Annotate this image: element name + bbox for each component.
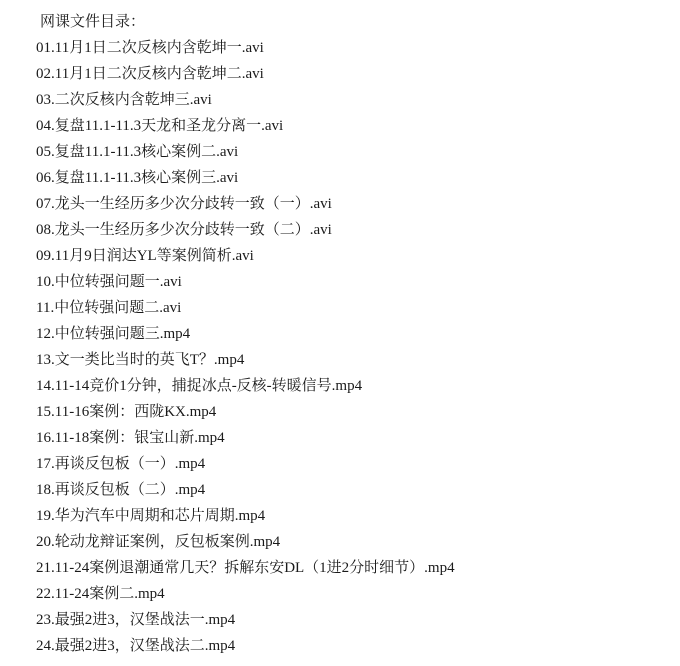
file-list-item: 24.最强2进3，汉堡战法二.mp4 xyxy=(36,633,680,659)
file-list-item: 22.11-24案例二.mp4 xyxy=(36,581,680,607)
file-list-item: 05.复盘11.1-11.3核心案例二.avi xyxy=(36,139,680,165)
file-list-item: 23.最强2进3，汉堡战法一.mp4 xyxy=(36,607,680,633)
file-list-item: 17.再谈反包板（一）.mp4 xyxy=(36,451,680,477)
file-list-item: 02.11月1日二次反核内含乾坤二.avi xyxy=(36,61,680,87)
file-list-item: 03.二次反核内含乾坤三.avi xyxy=(36,87,680,113)
file-list-item: 13.文一类比当时的英飞T？.mp4 xyxy=(36,347,680,373)
file-list-item: 16.11-18案例：银宝山新.mp4 xyxy=(36,425,680,451)
file-list-item: 11.中位转强问题二.avi xyxy=(36,295,680,321)
file-list-item: 12.中位转强问题三.mp4 xyxy=(36,321,680,347)
file-list-item: 07.龙头一生经历多少次分歧转一致（一）.avi xyxy=(36,191,680,217)
file-list-item: 09.11月9日润达YL等案例简析.avi xyxy=(36,243,680,269)
file-list-item: 04.复盘11.1-11.3天龙和圣龙分离一.avi xyxy=(36,113,680,139)
file-list-item: 19.华为汽车中周期和芯片周期.mp4 xyxy=(36,503,680,529)
file-list-item: 15.11-16案例：西陇KX.mp4 xyxy=(36,399,680,425)
file-directory-document: 网课文件目录： 01.11月1日二次反核内含乾坤一.avi 02.11月1日二次… xyxy=(36,9,680,659)
file-list-item: 21.11-24案例退潮通常几天？拆解东安DL（1进2分时细节）.mp4 xyxy=(36,555,680,581)
file-list-item: 06.复盘11.1-11.3核心案例三.avi xyxy=(36,165,680,191)
file-list: 01.11月1日二次反核内含乾坤一.avi 02.11月1日二次反核内含乾坤二.… xyxy=(36,35,680,659)
file-list-item: 20.轮动龙辩证案例，反包板案例.mp4 xyxy=(36,529,680,555)
file-list-item: 18.再谈反包板（二）.mp4 xyxy=(36,477,680,503)
file-list-item: 14.11-14竞价1分钟，捕捉冰点-反核-转暖信号.mp4 xyxy=(36,373,680,399)
file-list-item: 08.龙头一生经历多少次分歧转一致（二）.avi xyxy=(36,217,680,243)
document-title: 网课文件目录： xyxy=(36,9,680,35)
file-list-item: 01.11月1日二次反核内含乾坤一.avi xyxy=(36,35,680,61)
file-list-item: 10.中位转强问题一.avi xyxy=(36,269,680,295)
